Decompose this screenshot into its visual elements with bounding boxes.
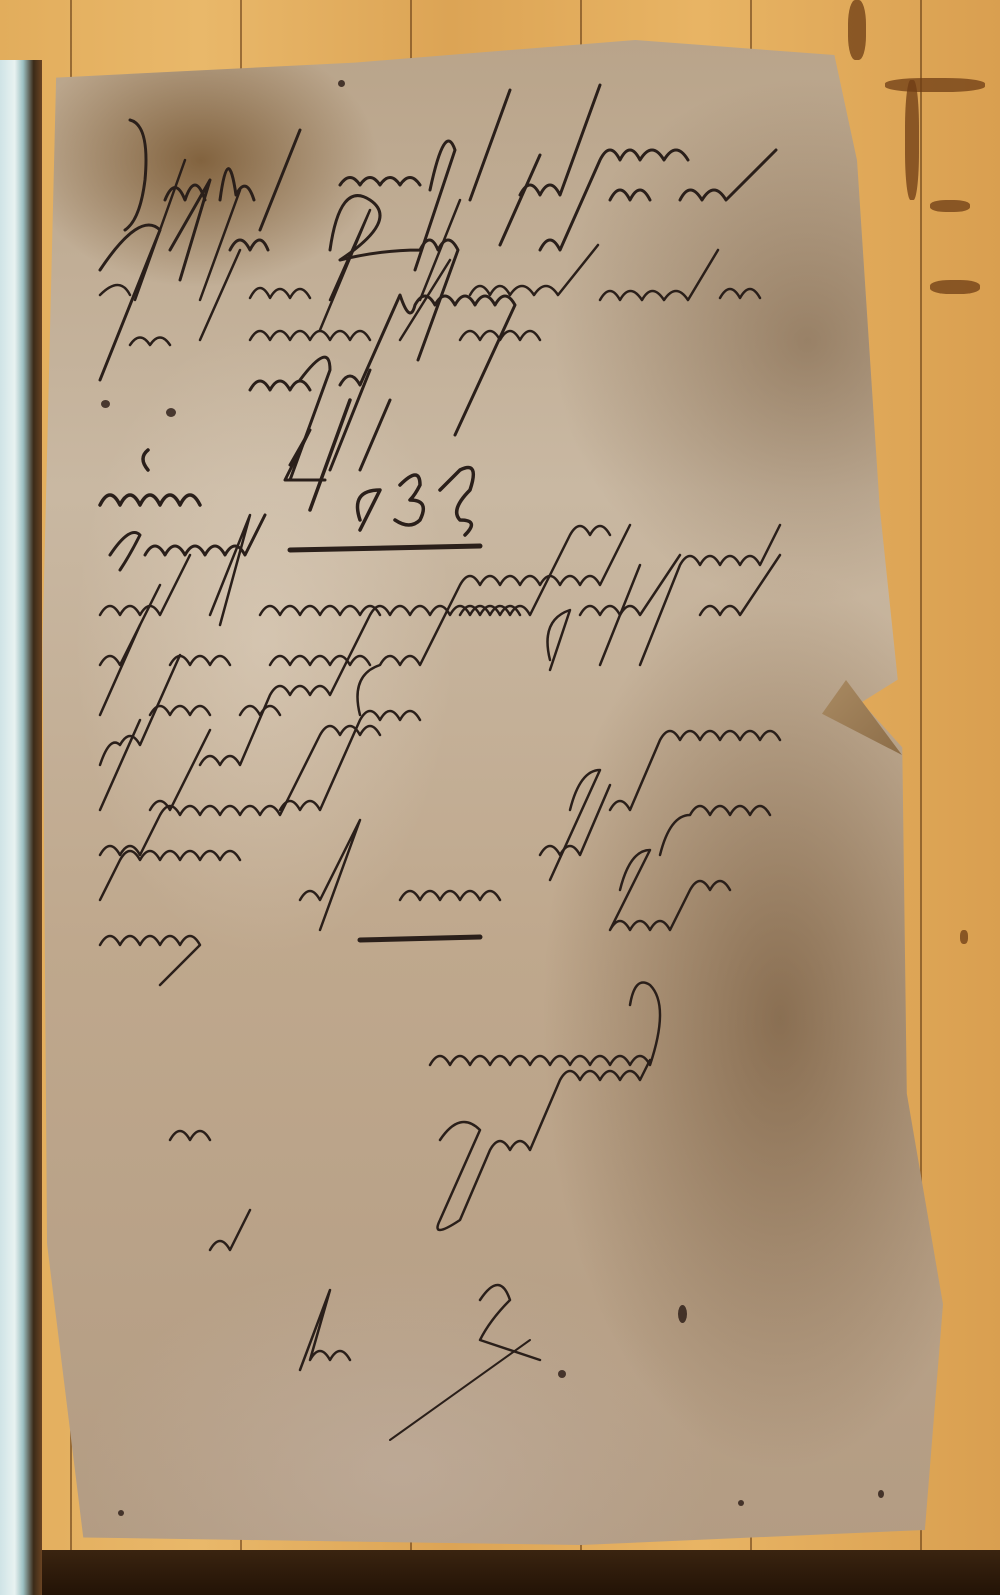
handwritten-line bbox=[250, 295, 515, 480]
handwritten-line bbox=[130, 250, 540, 345]
handwritten-line bbox=[100, 150, 688, 380]
signature bbox=[170, 983, 660, 1441]
handwritten-line bbox=[110, 515, 480, 570]
year-1835 bbox=[100, 400, 473, 535]
handwriting bbox=[0, 0, 1000, 1595]
handwritten-paragraph bbox=[100, 515, 780, 985]
handwritten-line bbox=[285, 370, 390, 480]
